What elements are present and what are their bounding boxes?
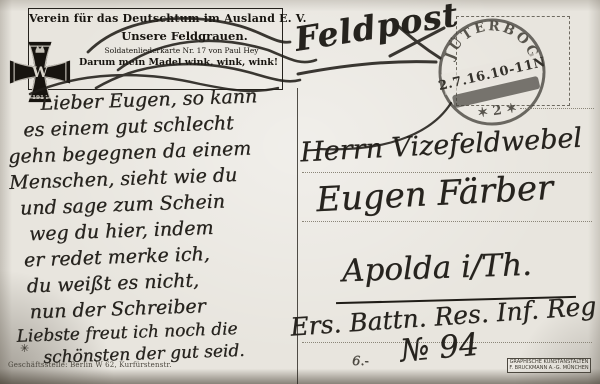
- address-rule-1: [520, 108, 594, 109]
- address-recipient-name: Eugen Färber: [315, 168, 554, 220]
- handwritten-message: Lieber Eugen, so kann es einem gut schle…: [6, 82, 308, 370]
- postmark-bottom-mark: ✶ 2 ✶: [476, 101, 518, 121]
- monogram-w: W: [31, 65, 48, 81]
- address-recipient-title: Herrn Vizefeldwebel: [299, 123, 582, 169]
- series-subtitle: Soldatenliederkarte Nr. 17 von Paul Hey: [81, 46, 282, 55]
- pencil-note: 6.-: [352, 354, 369, 369]
- postmark-juterbog: JÜTERBOG 2.7.16.10-11N ✶ 2 ✶: [432, 10, 552, 140]
- printer-imprint: GRAPHISCHE KUNSTANSTALTEN F. BRUCKMANN A…: [507, 358, 591, 373]
- address-town: Apolda i/Th.: [341, 247, 532, 290]
- address-rule-3: [302, 221, 592, 222]
- publisher-name: Verein für das Deutschtum im Ausland E. …: [29, 12, 282, 25]
- imprint-line-2: F. BRUCKMANN A.-G. MÜNCHEN: [508, 366, 590, 372]
- song-title: Darum mein Madel wink, wink, wink!: [75, 57, 282, 68]
- postcard: Verein für das Deutschtum im Ausland E. …: [0, 0, 600, 384]
- series-title: Unsere Feldgrauen.: [87, 29, 282, 43]
- address-regiment-number: № 94: [399, 327, 480, 370]
